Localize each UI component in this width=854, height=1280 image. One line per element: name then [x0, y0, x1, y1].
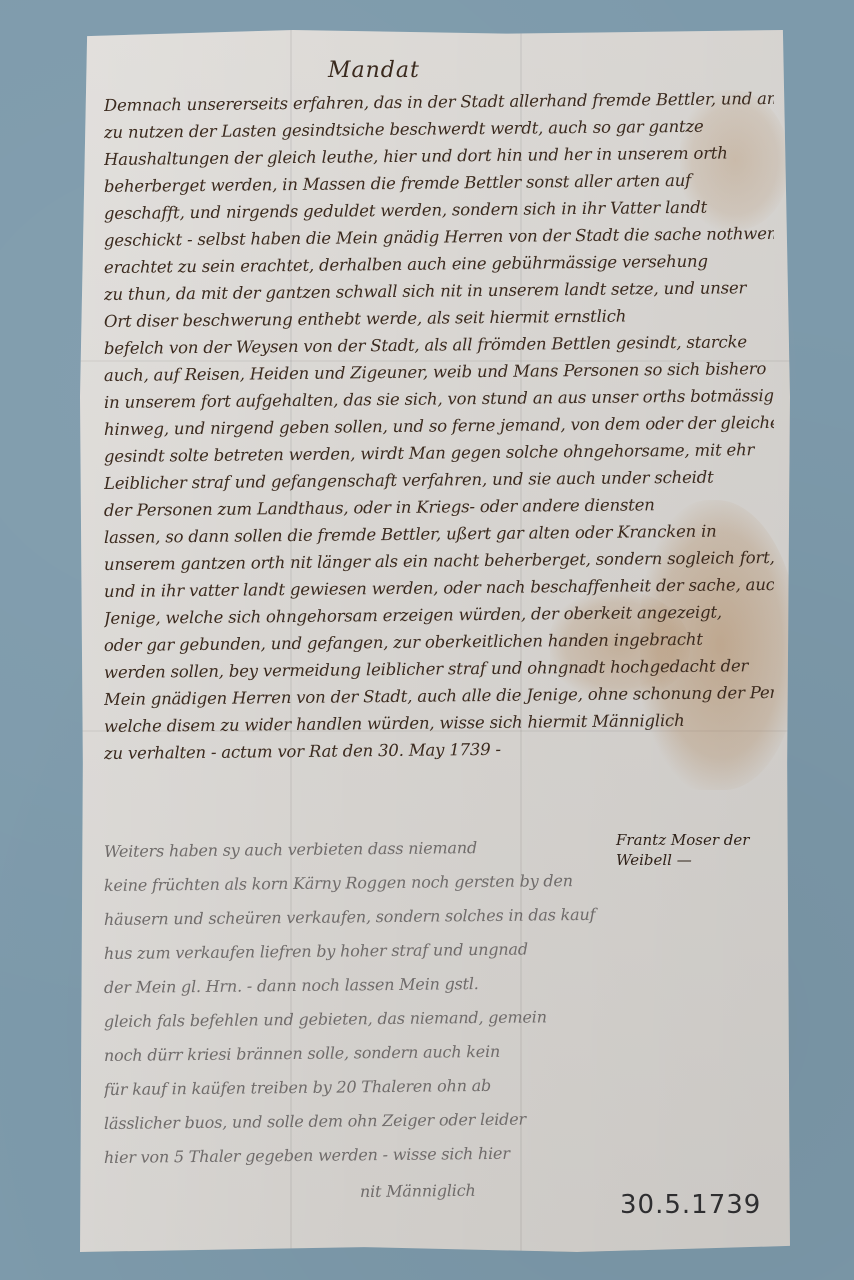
pencil-line: hus zum verkaufen liefren by hoher straf… — [104, 937, 774, 963]
ink-line: in unserem fort aufgehalten, das sie sic… — [104, 386, 774, 412]
ink-line: Haushaltungen der gleich leuthe, hier un… — [104, 143, 774, 169]
pencil-line: häusern und scheüren verkaufen, sondern … — [104, 903, 774, 929]
pencil-line: Weiters haben sy auch verbieten dass nie… — [104, 837, 590, 861]
ink-line: Ort diser beschwerung enthebt werde, als… — [104, 305, 774, 331]
ink-line: Demnach unsererseits erfahren, das in de… — [104, 89, 774, 115]
ink-line: Leiblicher straf und gefangenschaft verf… — [104, 467, 774, 493]
ink-line: erachtet zu sein erachtet, derhalben auc… — [104, 251, 774, 277]
ink-line: zu nutzen der Lasten gesindtsiche beschw… — [104, 116, 774, 142]
manuscript-page: Mandat Demnach unsererseits erfahren, da… — [80, 30, 790, 1252]
archive-date-annotation: 30.5.1739 — [620, 1190, 761, 1220]
ink-line: hinweg, und nirgend geben sollen, und so… — [104, 413, 774, 439]
signature: Frantz Moser der Weibell — — [616, 830, 749, 870]
ink-line: beherberget werden, in Massen die fremde… — [104, 170, 774, 196]
pencil-line: gleich fals befehlen und gebieten, das n… — [104, 1005, 774, 1031]
ink-line: befelch von der Weysen von der Stadt, al… — [104, 332, 774, 358]
ink-line: geschickt - selbst haben die Mein gnädig… — [104, 224, 774, 250]
signature-title: Weibell — — [616, 850, 749, 870]
signature-name: Frantz Moser der — [616, 830, 749, 850]
pencil-line: hier von 5 Thaler gegeben werden - wisse… — [104, 1141, 774, 1167]
pencil-line: keine früchten als korn Kärny Roggen noc… — [104, 869, 774, 895]
document-title: Mandat — [328, 58, 420, 83]
ink-line: gesindt solte betreten werden, wirdt Man… — [104, 440, 774, 466]
ink-line: auch, auf Reisen, Heiden und Zigeuner, w… — [104, 359, 774, 385]
pencil-line: lässlicher buos, und solle dem ohn Zeige… — [104, 1107, 774, 1133]
pencil-line: für kauf in kaüfen treiben by 20 Thalere… — [104, 1073, 774, 1099]
pencil-line: noch dürr kriesi brännen solle, sondern … — [104, 1039, 774, 1065]
ink-line: geschafft, und nirgends geduldet werden,… — [104, 197, 774, 223]
ink-line: zu thun, da mit der gantzen schwall sich… — [104, 278, 774, 304]
pencil-line: der Mein gl. Hrn. - dann noch lassen Mei… — [104, 971, 774, 997]
